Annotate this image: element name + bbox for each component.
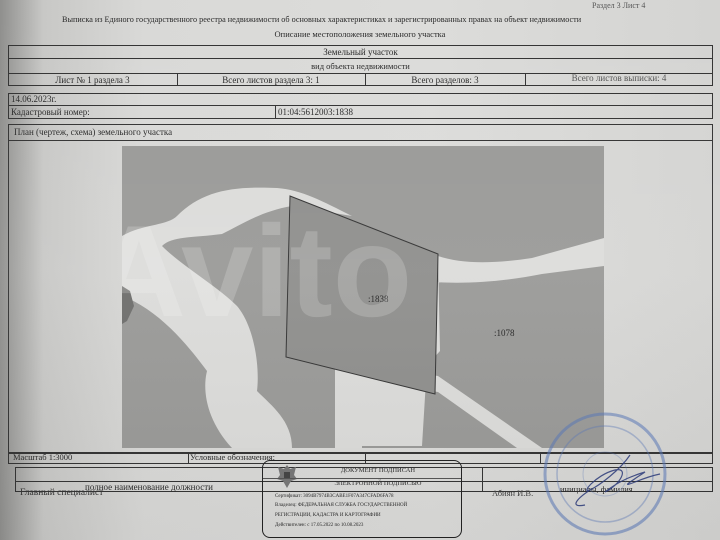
legend-label: Условные обозначения: — [190, 452, 275, 463]
e-signature-stamp: ДОКУМЕНТ ПОДПИСАН ЭЛЕКТРОННОЙ ПОДПИСЬЮ С… — [262, 460, 462, 538]
divider — [188, 452, 189, 464]
divider — [275, 105, 276, 119]
handwritten-signature — [560, 450, 670, 510]
signer-name: Абиян И.В. — [492, 488, 533, 499]
signed-line-2: ЭЛЕКТРОННОЙ ПОДПИСЬЮ — [303, 480, 453, 488]
total-sheets-section: Всего листов раздела 3: 1 — [177, 75, 365, 86]
extract-date: 14.06.2023г. — [11, 94, 56, 105]
object-type: Земельный участок — [8, 47, 713, 58]
document-subtitle: Описание местоположения земельного участ… — [0, 29, 720, 40]
validity: Действителен: с 17.05.2022 по 10.08.2023 — [275, 521, 363, 530]
emblem-icon — [275, 463, 299, 489]
owner-line-1: Владелец: ФЕДЕРАЛЬНАЯ СЛУЖБА ГОСУДАРСТВЕ… — [275, 501, 407, 510]
divider — [8, 105, 713, 106]
certificate: Сертификат: 3094B7974B3CABE1F07A347CFAD6… — [275, 492, 393, 501]
divider — [8, 58, 713, 59]
position-caption: полное наименование должности — [85, 482, 213, 493]
parcel-map: :1838 :1078 Avito — [122, 146, 604, 448]
parcel-label-1078: :1078 — [494, 328, 515, 338]
signed-line-1: ДОКУМЕНТ ПОДПИСАН — [303, 467, 453, 475]
scale-label: Масштаб 1:3000 — [13, 452, 72, 463]
cadastral-number: 01:04:5612003:1838 — [278, 107, 353, 118]
divider — [482, 467, 483, 492]
position-value: Главный специалист — [20, 488, 103, 499]
watermark: Avito — [122, 198, 412, 344]
total-sections: Всего разделов: 3 — [365, 75, 525, 86]
object-kind-label: вид объекта недвижимости — [8, 61, 713, 72]
cadastral-table — [8, 93, 713, 119]
section-sheet-label: Раздел 3 Лист 4 — [592, 0, 645, 11]
sheet-number: Лист № 1 раздела 3 — [8, 75, 177, 86]
document-title: Выписка из Единого государственного реес… — [62, 14, 581, 25]
cadastral-label: Кадастровый номер: — [11, 107, 90, 118]
owner-line-2: РЕГИСТРАЦИИ, КАДАСТРА И КАРТОГРАФИИ — [275, 511, 381, 520]
divider — [263, 478, 461, 479]
total-sheets-extract: Всего листов выписки: 4 — [525, 73, 713, 84]
plan-title: План (чертеж, схема) земельного участка — [14, 127, 172, 138]
divider — [8, 140, 713, 141]
